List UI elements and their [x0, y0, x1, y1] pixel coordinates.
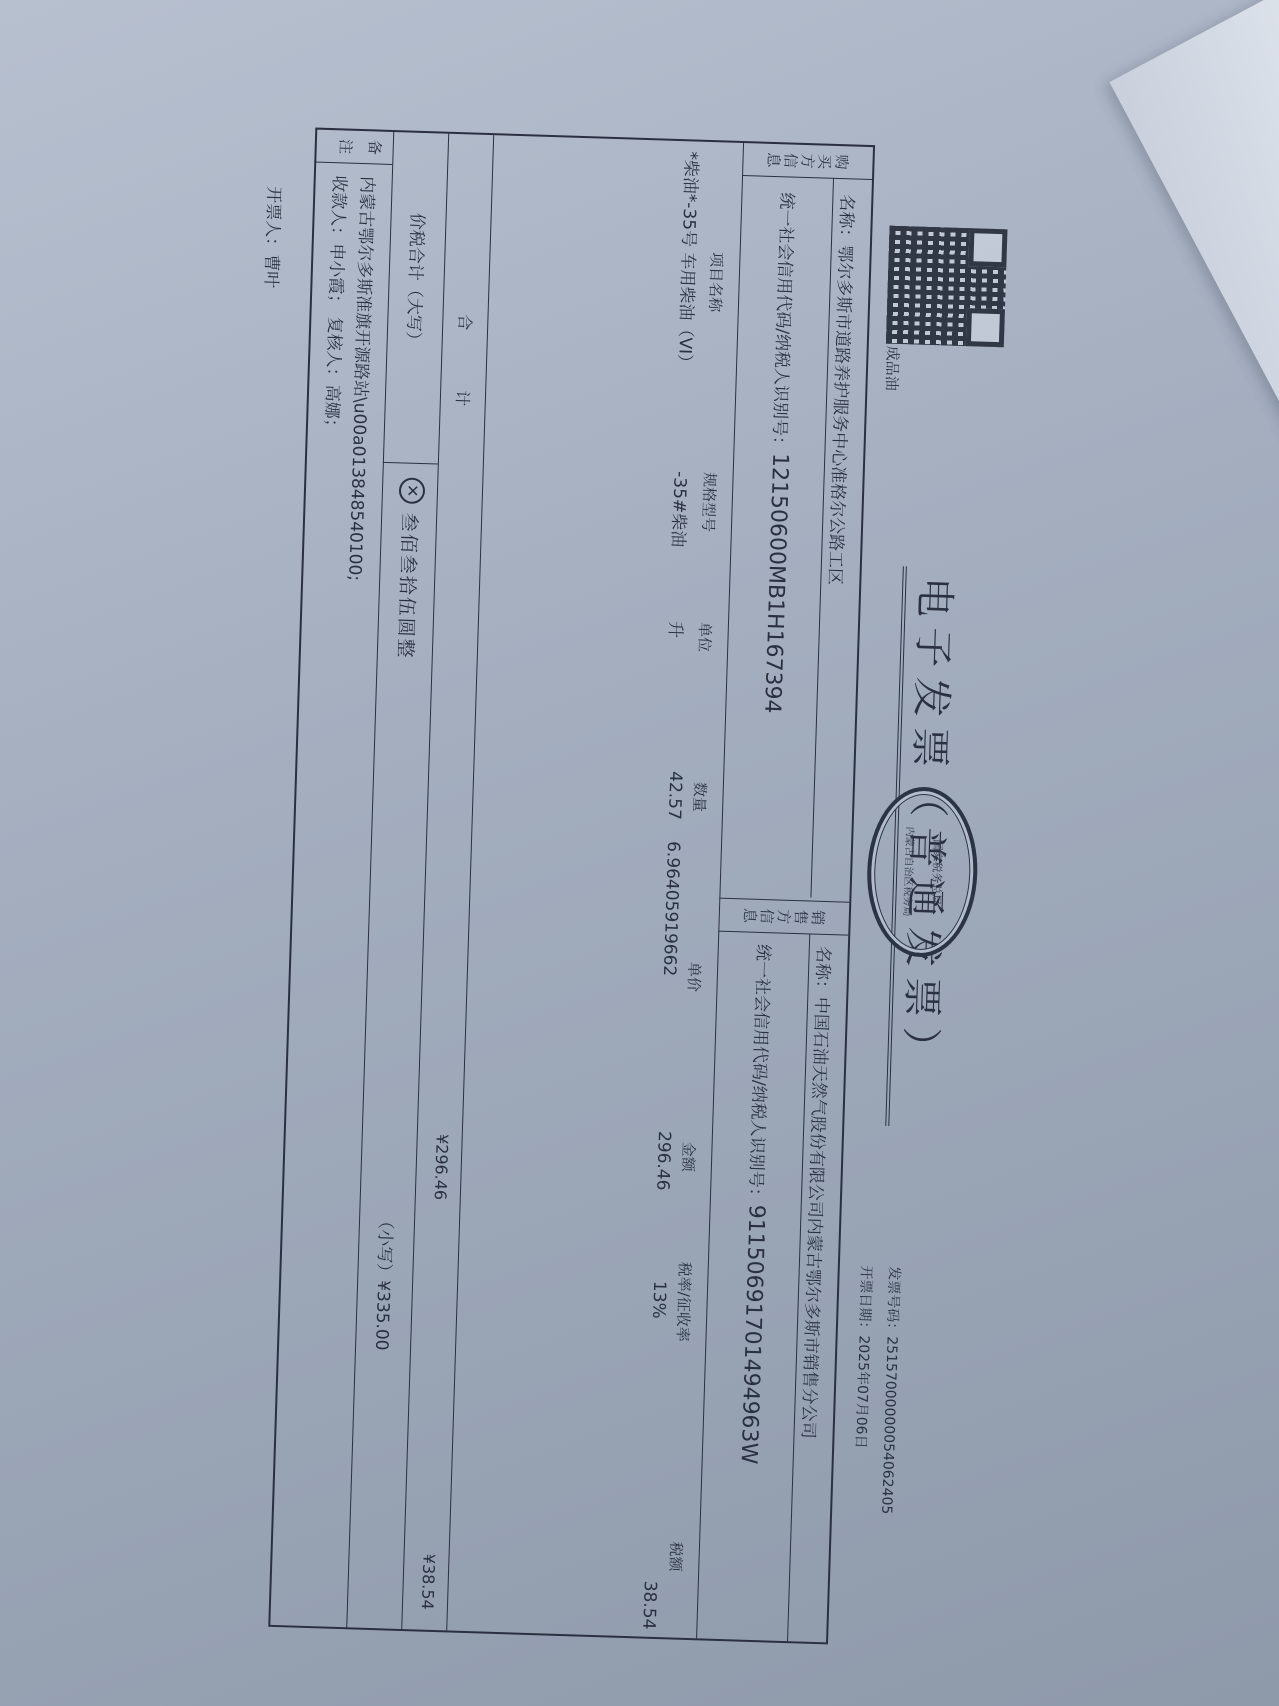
header-amount: 金额 — [678, 1141, 700, 1172]
grand-total-divider — [383, 462, 438, 465]
item-tax: 38.54 — [638, 1580, 660, 1629]
invoice-date-value: 2025年07月06日 — [852, 1335, 872, 1449]
invoice-number: 发票号码：25157000000054062405 — [877, 1266, 905, 1515]
grand-total-upper: 叁佰叁拾伍圆整 — [393, 512, 425, 660]
item-quantity: 42.57 — [664, 771, 686, 820]
total-tax: ¥38.54 — [418, 1554, 439, 1611]
item-unit: 升 — [664, 621, 690, 639]
seller-name-label: 名称： — [811, 946, 833, 998]
header-tax-rate: 税率/征收率 — [672, 1261, 696, 1342]
official-stamp-icon: 国家税务总局 内蒙古自治区税务局 — [865, 785, 980, 958]
stamp-line1: 国家税务总局 — [927, 791, 948, 953]
header-unit-price: 单价 — [683, 962, 705, 993]
seller-name-value: 中国石油天然气股份有限公司内蒙古鄂尔多斯市销售分公司 — [797, 997, 831, 1439]
invoice-number-value: 25157000000054062405 — [878, 1336, 900, 1515]
invoice-date-label: 开票日期： — [856, 1265, 874, 1335]
buyer-name-label: 名称： — [835, 194, 857, 246]
invoice: 成品油 电子发票（普通发票） 国家税务总局 内蒙古自治区税务局 发票号码：251… — [263, 127, 1030, 1649]
invoice-category: 成品油 — [881, 345, 903, 391]
invoice-table: 购买方信息 名称：鄂尔多斯市道路养护服务中心准格尔公路工区 统一社会信用代码/纳… — [268, 128, 875, 1645]
issuer: 开票人：曹叶 — [260, 186, 288, 289]
grand-total-small-value: ¥335.00 — [371, 1280, 393, 1351]
header-item-name: 项目名称 — [705, 252, 728, 313]
remarks-side-label: 备注 — [314, 130, 393, 165]
grand-total-small: （小写）¥335.00 — [371, 1212, 400, 1351]
stamp-line2: 内蒙古自治区税务局 — [900, 790, 920, 952]
buyer-tax-id-label: 统一社会信用代码/纳税人识别号： — [768, 192, 796, 453]
issuer-name: 曹叶 — [260, 254, 281, 289]
item-spec: -35#柴油 — [667, 471, 694, 548]
grand-total-label: 价税合计（大写） — [402, 212, 431, 349]
seller-tax-id-value: 91150691701494963W — [736, 1204, 769, 1464]
grand-total-small-label: （小写） — [373, 1212, 395, 1281]
header-tax: 税额 — [665, 1541, 687, 1572]
item-amount: 296.46 — [652, 1131, 674, 1191]
header-spec: 规格型号 — [698, 472, 721, 533]
remarks-line2: 收款人：申小霞； 复核人：高娜； — [321, 175, 354, 436]
invoice-date: 开票日期：2025年07月06日 — [851, 1265, 877, 1449]
buyer-tax-id-value: 12150600MB1H167394 — [759, 453, 792, 714]
qr-code-icon — [886, 226, 1008, 348]
paper-fold — [1109, 0, 1279, 647]
circled-x-icon: ✕ — [399, 477, 426, 504]
total-amount: ¥296.46 — [431, 1134, 452, 1201]
seller-side-label: 销售方信息 — [718, 898, 849, 936]
header-quantity: 数量 — [689, 782, 711, 813]
seller-name: 名称：中国石油天然气股份有限公司内蒙古鄂尔多斯市销售分公司 — [797, 946, 837, 1440]
item-name: *柴油*-35号 车用柴油（VI） — [668, 151, 705, 432]
item-tax-rate: 13% — [648, 1281, 669, 1319]
seller-tax-id-label: 统一社会信用代码/纳税人识别号： — [745, 944, 773, 1205]
seller-tax-id: 统一社会信用代码/纳税人识别号：91150691701494963W — [736, 944, 778, 1465]
invoice-number-label: 发票号码： — [884, 1266, 902, 1336]
total-label: 合计 — [450, 314, 478, 467]
buyer-tax-id: 统一社会信用代码/纳税人识别号：12150600MB1H167394 — [759, 192, 801, 714]
issuer-label: 开票人： — [261, 186, 283, 255]
items-section: 项目名称 规格型号 单位 数量 单价 金额 税率/征收率 税额 *柴油*-35号… — [446, 135, 743, 1638]
buyer-side-label: 购买方信息 — [742, 143, 873, 180]
item-unit-price: 6.96405919662 — [659, 841, 683, 977]
header-unit: 单位 — [694, 622, 716, 653]
